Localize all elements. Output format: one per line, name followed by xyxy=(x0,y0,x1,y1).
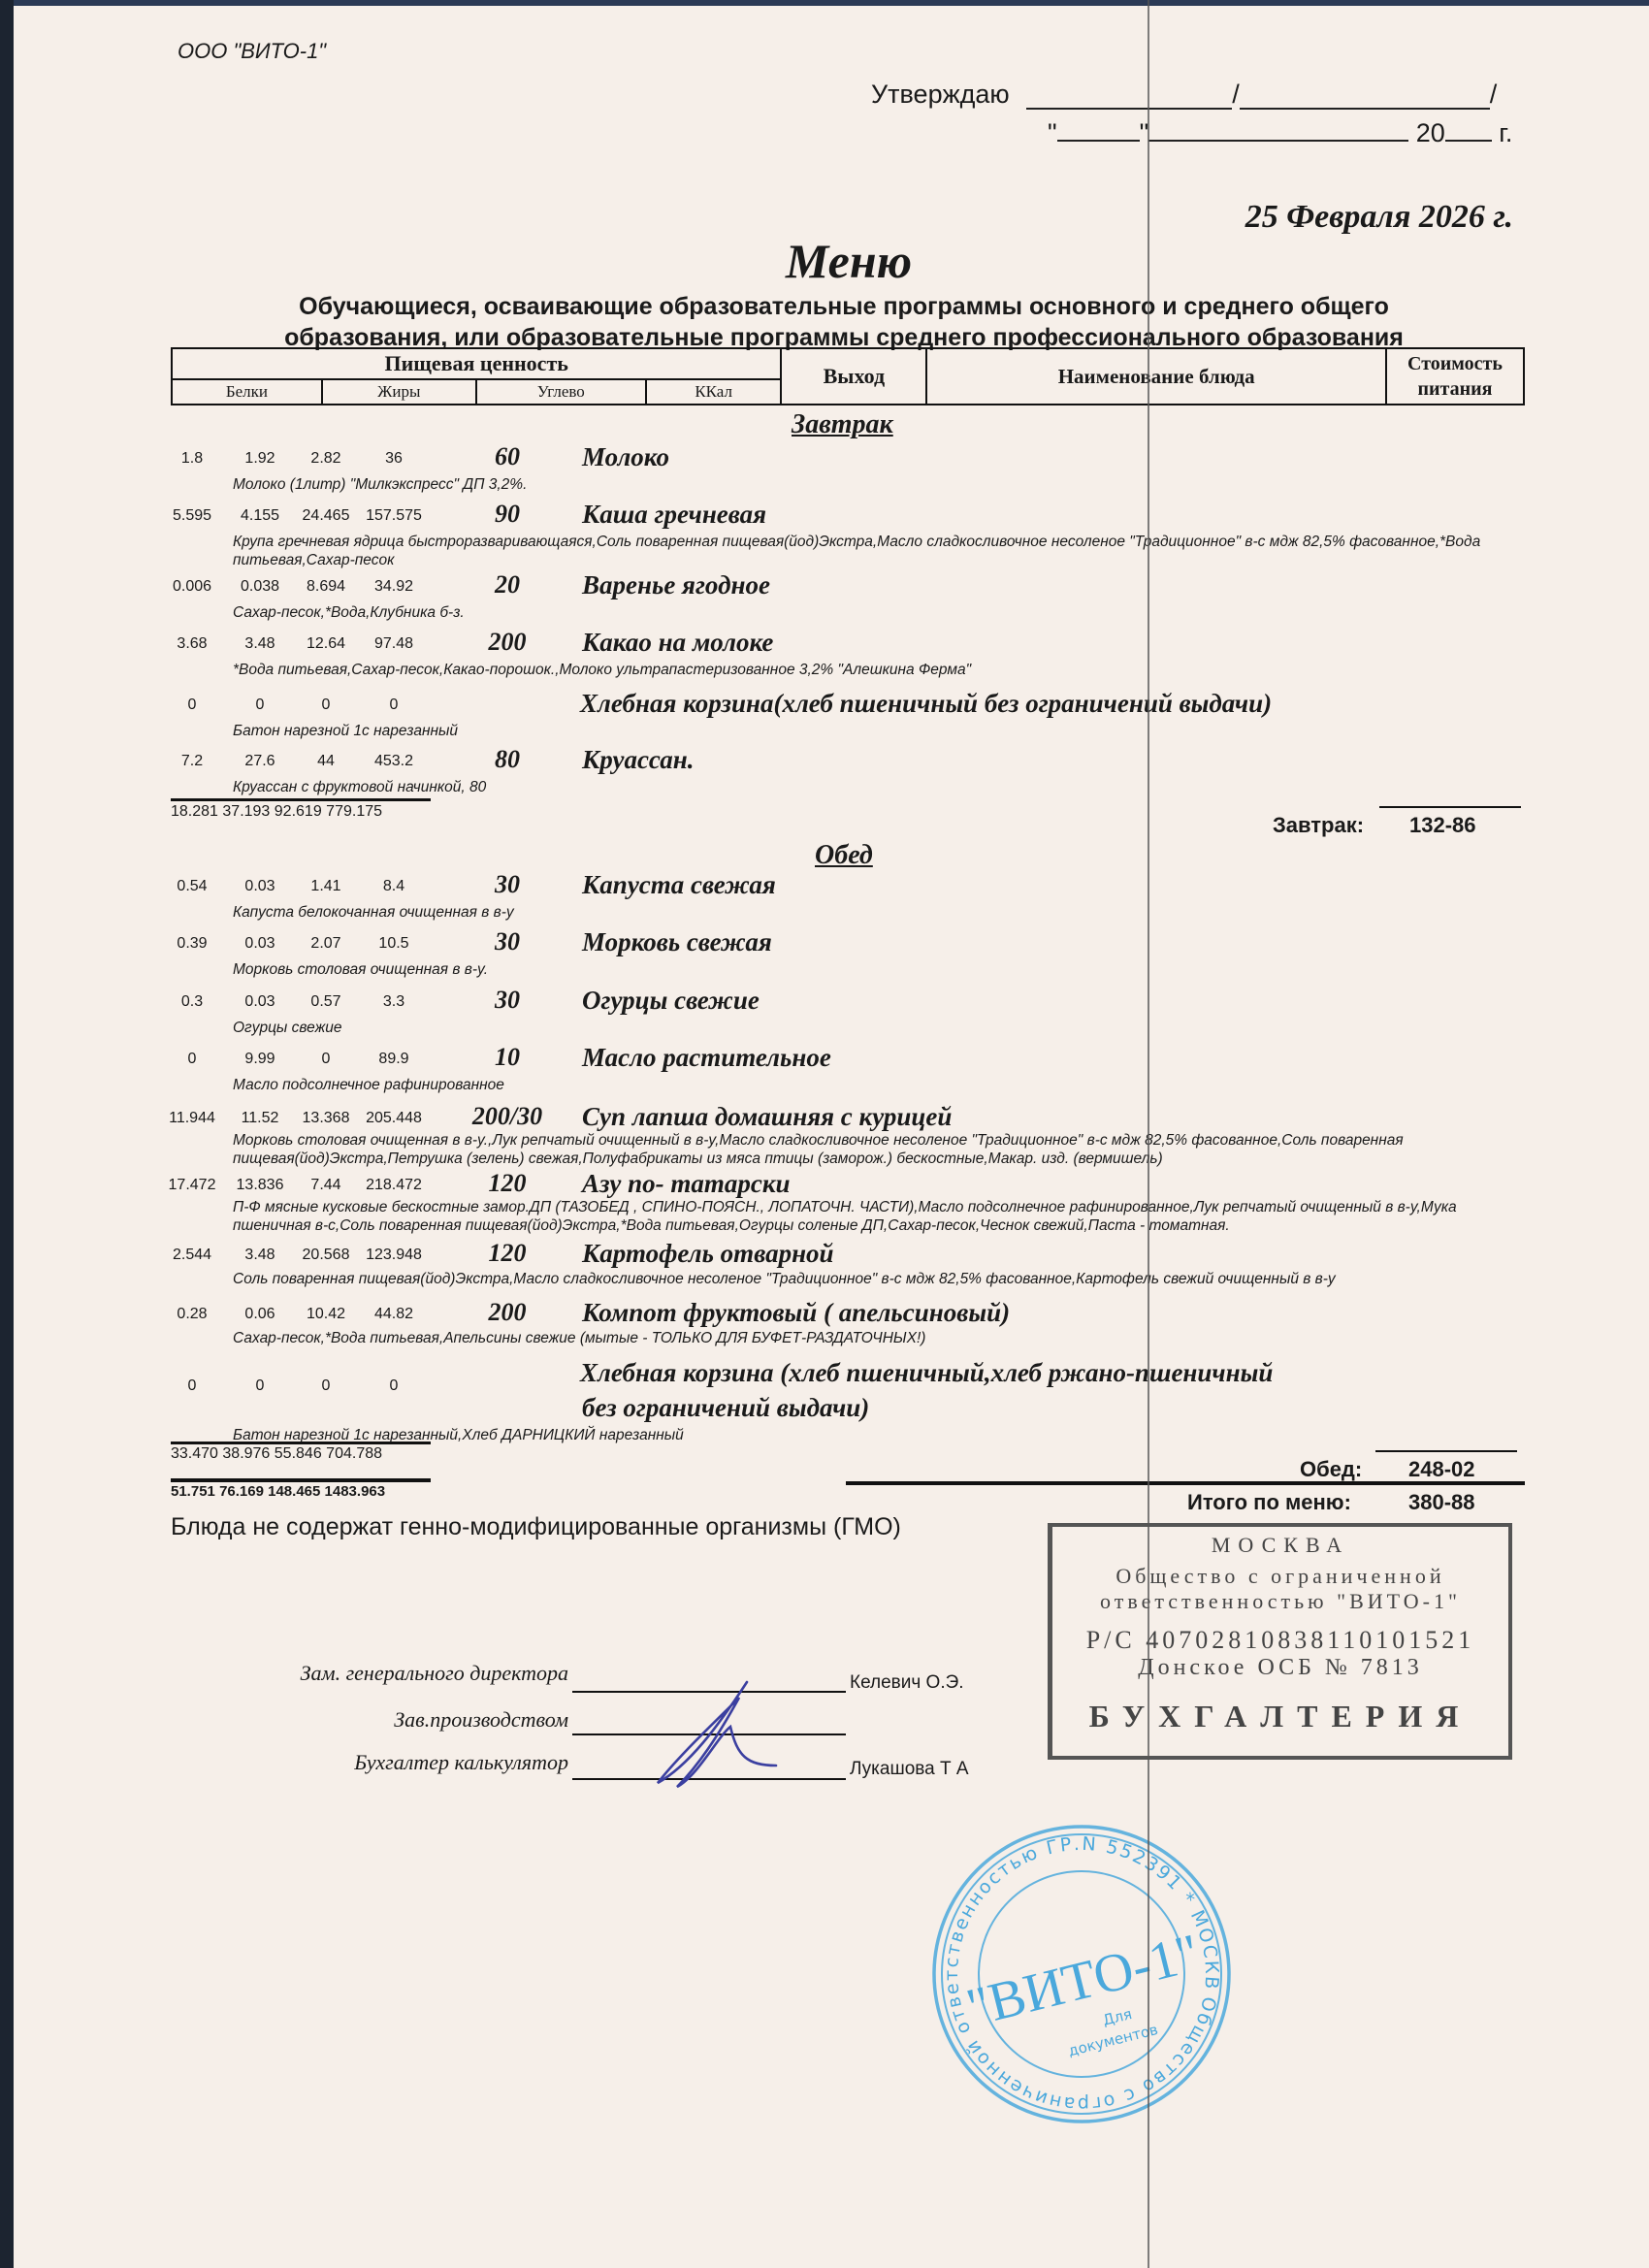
dish-name: Азу по- татарски xyxy=(582,1169,791,1199)
nutrition-carbs: 8.694 xyxy=(287,578,365,596)
round-company-seal: Общество с ограниченной ответственностью… xyxy=(921,1814,1242,2134)
nutrition-protein: 0.28 xyxy=(153,1306,231,1323)
item-output: 120 xyxy=(464,1239,551,1268)
nutrition-carbs: 0.57 xyxy=(287,993,365,1011)
nutrition-kcal: 0 xyxy=(355,697,433,714)
menu-item-row: 0.280.0610.4244.82200Компот фруктовый ( … xyxy=(0,1298,1649,1327)
scan-edge-left xyxy=(0,0,14,2268)
dish-name: Картофель отварной xyxy=(582,1239,834,1269)
approve-label: Утверждаю xyxy=(871,80,1010,109)
menu-item-row: 11.94411.5213.368205.448200/30Суп лапша … xyxy=(0,1102,1649,1131)
menu-item-row: 1.81.922.823660МолокоМолоко (1литр) "Мил… xyxy=(0,442,1649,471)
menu-item-row: 0.0060.0388.69434.9220Варенье ягодноеСах… xyxy=(0,570,1649,599)
breakfast-totals: 18.281 37.193 92.619 779.175 xyxy=(171,803,382,821)
signature-role-deputy-director: Зам. генерального директора xyxy=(180,1661,568,1686)
approval-date: "" 20 г. xyxy=(1048,118,1512,148)
nutrition-carbs: 44 xyxy=(287,753,365,770)
dish-name: Морковь свежая xyxy=(582,927,772,957)
protein-header: Белки xyxy=(172,379,322,405)
dish-name: Хлебная корзина(хлеб пшеничный без огран… xyxy=(580,689,1272,719)
kcal-header: ККал xyxy=(646,379,781,405)
nutrition-protein: 1.8 xyxy=(153,450,231,468)
menu-item-row: 0.30.030.573.330Огурцы свежиеОгурцы свеж… xyxy=(0,986,1649,1015)
cost-header: Стоимость питания xyxy=(1386,348,1524,405)
menu-item-row: 17.47213.8367.44218.472120Азу по- татарс… xyxy=(0,1169,1649,1198)
approval-month-field[interactable] xyxy=(1148,140,1408,142)
item-output: 80 xyxy=(464,745,551,774)
dish-ingredients: Огурцы свежие xyxy=(233,1019,1503,1037)
nutrition-carbs: 2.07 xyxy=(287,935,365,953)
nutrition-kcal: 10.5 xyxy=(355,935,433,953)
dish-ingredients: Сахар-песок,*Вода питьевая,Апельсины све… xyxy=(233,1329,1503,1347)
dish-name: Суп лапша домашняя с курицей xyxy=(582,1102,952,1132)
breakfast-subtotal-rule xyxy=(171,798,431,801)
signature-role-production-head: Зав.производством xyxy=(180,1707,568,1733)
lunch-cost-label: Обед: xyxy=(1300,1457,1362,1482)
lunch-totals: 33.470 38.976 55.846 704.788 xyxy=(171,1445,382,1463)
dish-name: Варенье ягодное xyxy=(582,570,770,600)
item-output: 30 xyxy=(464,986,551,1015)
breakfast-cost: 132-86 xyxy=(1409,813,1476,838)
nutrition-carbs: 0 xyxy=(287,697,365,714)
dish-name-continued: без ограничений выдачи) xyxy=(582,1393,869,1423)
nutrition-carbs: 24.465 xyxy=(287,507,365,525)
lunch-subtotal-rule xyxy=(171,1442,431,1444)
nutrition-carbs: 20.568 xyxy=(287,1247,365,1264)
nutrition-protein: 0.39 xyxy=(153,935,231,953)
nutrition-protein: 2.544 xyxy=(153,1247,231,1264)
carbs-header: Углево xyxy=(476,379,646,405)
dish-ingredients: Круассан с фруктовой начинкой, 80 xyxy=(233,778,1503,796)
item-output: 200 xyxy=(464,628,551,657)
dish-name: Хлебная корзина (хлеб пшеничный,хлеб ржа… xyxy=(580,1358,1273,1388)
nutrition-protein: 17.472 xyxy=(153,1177,231,1194)
section-lunch-title: Обед xyxy=(815,840,873,871)
item-output: 10 xyxy=(464,1043,551,1072)
nutrition-carbs: 0 xyxy=(287,1051,365,1068)
dish-ingredients: П-Ф мясные кусковые бескостные замор.ДП … xyxy=(233,1198,1503,1235)
dish-ingredients: Сахар-песок,*Вода,Клубника б-з. xyxy=(233,603,1503,622)
dish-ingredients: Масло подсолнечное рафинированное xyxy=(233,1076,1503,1094)
dish-ingredients: *Вода питьевая,Сахар-песок,Какао-порошок… xyxy=(233,661,1503,679)
menu-item-row: 0000Хлебная корзина(хлеб пшеничный без о… xyxy=(0,689,1649,718)
dish-ingredients: Морковь столовая очищенная в в-у. xyxy=(233,960,1503,979)
menu-item-row: 2.5443.4820.568123.948120Картофель отвар… xyxy=(0,1239,1649,1268)
dish-name: Какао на молоке xyxy=(582,628,773,658)
dish-ingredients: Капуста белокочанная очищенная в в-у xyxy=(233,903,1503,922)
nutrition-protein: 11.944 xyxy=(153,1110,231,1127)
item-output: 30 xyxy=(464,927,551,956)
nutrition-carbs: 2.82 xyxy=(287,450,365,468)
menu-item-row: 0.540.031.418.430Капуста свежаяКапуста б… xyxy=(0,870,1649,899)
approver-name-field[interactable] xyxy=(1240,108,1490,110)
output-header: Выход xyxy=(781,348,926,405)
approval-block: Утверждаю // xyxy=(871,80,1497,110)
item-output: 20 xyxy=(464,570,551,599)
dish-ingredients: Молоко (1литр) "Милкэкспресс" ДП 3,2%. xyxy=(233,475,1503,494)
fat-header: Жиры xyxy=(322,379,476,405)
nutrition-kcal: 453.2 xyxy=(355,753,433,770)
dish-name: Круассан. xyxy=(582,745,694,775)
menu-item-row: 7.227.644453.280Круассан.Круассан с фрук… xyxy=(0,745,1649,774)
svg-text:"ВИТО-1": "ВИТО-1" xyxy=(961,1923,1206,2038)
gmo-note: Блюда не содержат генно-модифицированные… xyxy=(171,1513,901,1541)
nutrition-protein: 0 xyxy=(153,1051,231,1068)
grand-total-label: Итого по меню: xyxy=(1187,1490,1351,1515)
item-output: 30 xyxy=(464,870,551,899)
item-output: 90 xyxy=(464,500,551,529)
breakfast-cost-rule xyxy=(1379,806,1521,808)
dish-name: Молоко xyxy=(582,442,669,472)
nutrition-protein: 7.2 xyxy=(153,753,231,770)
dish-ingredients: Крупа гречневая ядрица быстроразваривающ… xyxy=(233,533,1503,569)
nutrition-protein: 0 xyxy=(153,697,231,714)
dish-name: Огурцы свежие xyxy=(582,986,760,1016)
grand-total-rule xyxy=(846,1481,1525,1485)
menu-item-row: 09.99089.910Масло растительноеМасло подс… xyxy=(0,1043,1649,1072)
nutrition-kcal: 3.3 xyxy=(355,993,433,1011)
item-output: 200/30 xyxy=(464,1102,551,1131)
signature-name-accountant: Лукашова Т А xyxy=(850,1759,969,1780)
nutrition-kcal: 0 xyxy=(355,1377,433,1395)
menu-date: 25 Февраля 2026 г. xyxy=(1245,199,1513,236)
approver-signature-field[interactable] xyxy=(1026,108,1232,110)
nutrition-carbs: 0 xyxy=(287,1377,365,1395)
scan-edge-top xyxy=(0,0,1649,6)
dish-name: Компот фруктовый ( апельсиновый) xyxy=(582,1298,1010,1328)
accounting-stamp: МОСКВА Общество с ограниченной ответстве… xyxy=(1048,1523,1512,1760)
dish-name: Масло растительное xyxy=(582,1043,831,1073)
nutrition-kcal: 36 xyxy=(355,450,433,468)
signature-role-accountant: Бухгалтер калькулятор xyxy=(180,1750,568,1775)
nutrition-kcal: 157.575 xyxy=(355,507,433,525)
svg-text:Для: Для xyxy=(1101,2005,1134,2029)
lunch-cost-rule xyxy=(1375,1450,1517,1452)
nutrition-carbs: 1.41 xyxy=(287,878,365,895)
dish-name: Капуста свежая xyxy=(582,870,776,900)
breakfast-cost-label: Завтрак: xyxy=(1273,813,1364,838)
nutrition-protein: 3.68 xyxy=(153,635,231,653)
nutrition-carbs: 13.368 xyxy=(287,1110,365,1127)
item-output: 120 xyxy=(464,1169,551,1198)
nutrition-kcal: 218.472 xyxy=(355,1177,433,1194)
menu-item-row: 0000Хлебная корзина (хлеб пшеничный,хлеб… xyxy=(0,1358,1649,1387)
menu-item-row: 0.390.032.0710.530Морковь свежаяМорковь … xyxy=(0,927,1649,956)
nutrition-carbs: 10.42 xyxy=(287,1306,365,1323)
nutrition-protein: 0.54 xyxy=(153,878,231,895)
dish-ingredients: Батон нарезной 1с нарезанный xyxy=(233,722,1503,740)
signature-name-deputy-director: Келевич О.Э. xyxy=(850,1672,964,1694)
nutrition-kcal: 97.48 xyxy=(355,635,433,653)
page-title: Меню xyxy=(0,233,1649,289)
menu-table-header: Пищевая ценность Выход Наименование блюд… xyxy=(171,347,1525,405)
menu-item-row: 5.5954.15524.465157.57590Каша гречневаяК… xyxy=(0,500,1649,529)
scan-fold-line xyxy=(1148,0,1149,2268)
nutrition-carbs: 12.64 xyxy=(287,635,365,653)
page-subtitle: Обучающиеся, осваивающие образовательные… xyxy=(213,291,1474,353)
nutrition-kcal: 8.4 xyxy=(355,878,433,895)
item-output: 200 xyxy=(464,1298,551,1327)
section-breakfast-title: Завтрак xyxy=(792,409,893,440)
grand-subtotal-rule xyxy=(171,1478,431,1482)
approval-day-field[interactable] xyxy=(1057,140,1140,142)
dish-ingredients: Морковь столовая очищенная в в-у.,Лук ре… xyxy=(233,1131,1503,1168)
grand-total-cost: 380-88 xyxy=(1408,1490,1475,1515)
dish-ingredients: Соль поваренная пищевая(йод)Экстра,Масло… xyxy=(233,1270,1503,1288)
handwritten-signature xyxy=(601,1669,795,1795)
nutrition-kcal: 89.9 xyxy=(355,1051,433,1068)
nutrition-kcal: 44.82 xyxy=(355,1306,433,1323)
organization-name: ООО "ВИТО-1" xyxy=(178,39,326,64)
menu-item-row: 3.683.4812.6497.48200Какао на молоке*Вод… xyxy=(0,628,1649,657)
nutrition-kcal: 123.948 xyxy=(355,1247,433,1264)
nutrition-protein: 0.006 xyxy=(153,578,231,596)
nutrition-kcal: 34.92 xyxy=(355,578,433,596)
grand-totals: 51.751 76.169 148.465 1483.963 xyxy=(171,1483,385,1500)
nutrition-protein: 5.595 xyxy=(153,507,231,525)
item-output: 60 xyxy=(464,442,551,471)
dish-name-header: Наименование блюда xyxy=(926,348,1386,405)
lunch-cost: 248-02 xyxy=(1408,1457,1475,1482)
dish-name: Каша гречневая xyxy=(582,500,766,530)
nutrition-protein: 0 xyxy=(153,1377,231,1395)
nutrition-protein: 0.3 xyxy=(153,993,231,1011)
approval-year-field[interactable] xyxy=(1445,140,1492,142)
nutrition-carbs: 7.44 xyxy=(287,1177,365,1194)
nutrition-header: Пищевая ценность xyxy=(172,348,781,379)
nutrition-kcal: 205.448 xyxy=(355,1110,433,1127)
